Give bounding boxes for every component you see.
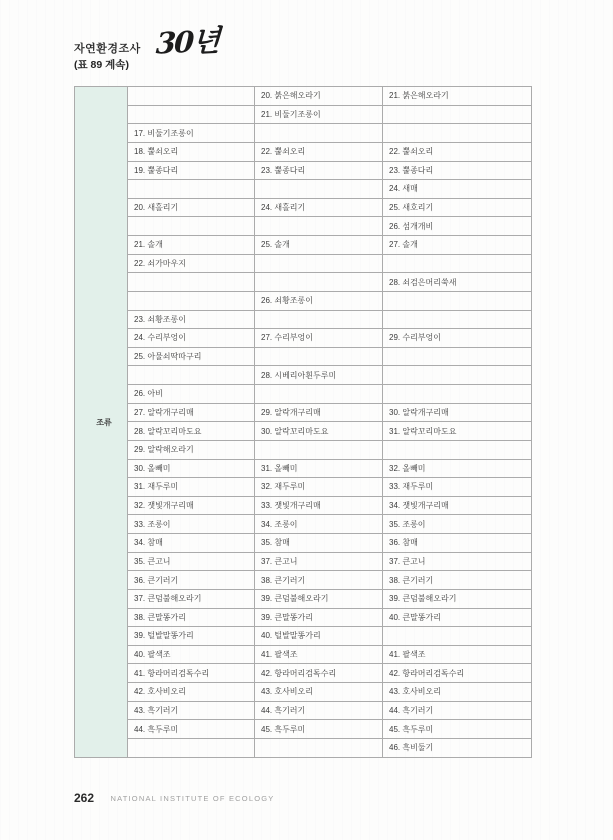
species-cell: 28. 알락꼬리마도요 (128, 422, 255, 441)
table-row: 34. 참매35. 참매36. 참매 (75, 534, 532, 553)
species-cell (383, 627, 532, 646)
species-cell: 28. 시베리아흰두루미 (255, 366, 383, 385)
species-cell: 24. 새매 (383, 180, 532, 199)
species-cell: 36. 큰기러기 (128, 571, 255, 590)
species-cell: 32. 잿빛개구리매 (128, 496, 255, 515)
page-footer: 262 NATIONAL INSTITUTE OF ECOLOGY (74, 789, 274, 807)
table-row: 18. 뿔쇠오리22. 뿔쇠오리22. 뿔쇠오리 (75, 142, 532, 161)
table-row: 32. 잿빛개구리매33. 잿빛개구리매34. 잿빛개구리매 (75, 496, 532, 515)
table-row: 조류20. 붉은해오라기21. 붉은해오라기 (75, 87, 532, 106)
table-row: 26. 쇠황조롱이 (75, 291, 532, 310)
species-cell: 27. 수리부엉이 (255, 329, 383, 348)
table-row: 36. 큰기러기38. 큰기러기38. 큰기러기 (75, 571, 532, 590)
species-cell: 43. 호사비오리 (255, 683, 383, 702)
table-row: 20. 새홀리기24. 새홀리기25. 새호리기 (75, 198, 532, 217)
species-cell: 22. 뿔쇠오리 (255, 142, 383, 161)
group-label-birds: 조류 (75, 87, 128, 758)
table-row: 40. 팔색조41. 팔색조41. 팔색조 (75, 645, 532, 664)
species-cell: 44. 흑두루미 (128, 720, 255, 739)
species-cell: 39. 큰말똥가리 (255, 608, 383, 627)
table-row: 41. 항라머리검독수리42. 항라머리검독수리42. 항라머리검독수리 (75, 664, 532, 683)
species-cell: 37. 큰고니 (255, 552, 383, 571)
brand-logo-30years: 30년 (155, 18, 219, 62)
species-cell: 19. 뿔종다리 (128, 161, 255, 180)
species-cell: 31. 올빼미 (255, 459, 383, 478)
institute-name: NATIONAL INSTITUTE OF ECOLOGY (110, 794, 274, 803)
species-cell (383, 440, 532, 459)
table-row: 28. 쇠검은머리쑥새 (75, 273, 532, 292)
species-cell: 26. 쇠황조롱이 (255, 291, 383, 310)
species-cell: 36. 참매 (383, 534, 532, 553)
table-row: 42. 호사비오리43. 호사비오리43. 호사비오리 (75, 683, 532, 702)
table-row: 46. 흑비둘기 (75, 738, 532, 757)
species-cell: 33. 재두루미 (383, 478, 532, 497)
species-cell: 35. 조롱이 (383, 515, 532, 534)
species-cell (383, 105, 532, 124)
species-cell (383, 366, 532, 385)
species-cell: 23. 뿔종다리 (383, 161, 532, 180)
species-cell: 37. 큰덤불해오라기 (128, 589, 255, 608)
species-cell: 30. 알락개구리매 (383, 403, 532, 422)
species-cell: 27. 알락개구리매 (128, 403, 255, 422)
species-cell: 34. 조롱이 (255, 515, 383, 534)
species-cell: 42. 항라머리검독수리 (255, 664, 383, 683)
species-cell: 37. 큰고니 (383, 552, 532, 571)
species-cell (128, 87, 255, 106)
document-page: 자연환경조사 30년 (표 89 계속) 조류20. 붉은해오라기21. 붉은해… (0, 0, 613, 840)
brand-text: 자연환경조사 (74, 40, 141, 56)
table-row: 35. 큰고니37. 큰고니37. 큰고니 (75, 552, 532, 571)
species-cell: 41. 팔색조 (255, 645, 383, 664)
species-cell: 27. 솔개 (383, 236, 532, 255)
species-cell (255, 180, 383, 199)
species-cell: 29. 알락개구리매 (255, 403, 383, 422)
species-cell: 23. 뿔종다리 (255, 161, 383, 180)
table-row: 22. 쇠가마우지 (75, 254, 532, 273)
species-cell (255, 124, 383, 143)
table-row: 44. 흑두루미45. 흑두루미45. 흑두루미 (75, 720, 532, 739)
table-row: 23. 쇠황조롱이 (75, 310, 532, 329)
species-cell: 32. 올빼미 (383, 459, 532, 478)
species-cell: 46. 흑비둘기 (383, 738, 532, 757)
species-cell (128, 366, 255, 385)
species-cell: 40. 털발말똥가리 (255, 627, 383, 646)
species-cell: 40. 팔색조 (128, 645, 255, 664)
species-cell: 29. 수리부엉이 (383, 329, 532, 348)
table-row: 19. 뿔종다리23. 뿔종다리23. 뿔종다리 (75, 161, 532, 180)
species-cell: 22. 뿔쇠오리 (383, 142, 532, 161)
species-cell: 17. 비둘기조롱이 (128, 124, 255, 143)
species-cell: 41. 팔색조 (383, 645, 532, 664)
species-cell: 26. 섬개개비 (383, 217, 532, 236)
table-row: 21. 솔개25. 솔개27. 솔개 (75, 236, 532, 255)
species-cell: 32. 재두루미 (255, 478, 383, 497)
species-cell: 31. 알락꼬리마도요 (383, 422, 532, 441)
species-cell: 25. 아물쇠딱따구리 (128, 347, 255, 366)
table-row: 43. 흑기러기44. 흑기러기44. 흑기러기 (75, 701, 532, 720)
species-cell: 45. 흑두루미 (255, 720, 383, 739)
table-caption: (표 89 계속) (74, 57, 129, 72)
species-cell: 21. 비둘기조롱이 (255, 105, 383, 124)
table-row: 28. 알락꼬리마도요30. 알락꼬리마도요31. 알락꼬리마도요 (75, 422, 532, 441)
species-cell: 42. 호사비오리 (128, 683, 255, 702)
species-cell (128, 273, 255, 292)
species-cell: 38. 큰기러기 (383, 571, 532, 590)
species-cell: 45. 흑두루미 (383, 720, 532, 739)
species-cell: 22. 쇠가마우지 (128, 254, 255, 273)
table-row: 21. 비둘기조롱이 (75, 105, 532, 124)
species-cell (255, 217, 383, 236)
species-cell (383, 254, 532, 273)
species-cell: 38. 큰말똥가리 (128, 608, 255, 627)
species-cell (128, 291, 255, 310)
species-cell: 35. 큰고니 (128, 552, 255, 571)
species-cell: 34. 참매 (128, 534, 255, 553)
species-cell: 34. 잿빛개구리매 (383, 496, 532, 515)
species-cell (255, 385, 383, 404)
species-cell: 31. 재두루미 (128, 478, 255, 497)
species-cell: 24. 새홀리기 (255, 198, 383, 217)
table-row: 25. 아물쇠딱따구리 (75, 347, 532, 366)
species-cell: 44. 흑기러기 (255, 701, 383, 720)
table-row: 31. 재두루미32. 재두루미33. 재두루미 (75, 478, 532, 497)
species-cell: 29. 알락해오라기 (128, 440, 255, 459)
species-cell: 39. 털발말똥가리 (128, 627, 255, 646)
species-cell: 41. 항라머리검독수리 (128, 664, 255, 683)
species-cell: 39. 큰덤불해오라기 (255, 589, 383, 608)
species-cell: 28. 쇠검은머리쑥새 (383, 273, 532, 292)
species-cell: 20. 붉은해오라기 (255, 87, 383, 106)
species-cell: 21. 솔개 (128, 236, 255, 255)
species-cell (383, 310, 532, 329)
species-cell: 20. 새홀리기 (128, 198, 255, 217)
species-cell: 24. 수리부엉이 (128, 329, 255, 348)
species-cell (383, 347, 532, 366)
table-row: 17. 비둘기조롱이 (75, 124, 532, 143)
table-row: 24. 새매 (75, 180, 532, 199)
table-row: 27. 알락개구리매29. 알락개구리매30. 알락개구리매 (75, 403, 532, 422)
species-cell (255, 310, 383, 329)
table-row: 24. 수리부엉이27. 수리부엉이29. 수리부엉이 (75, 329, 532, 348)
table-row: 33. 조롱이34. 조롱이35. 조롱이 (75, 515, 532, 534)
species-cell: 33. 잿빛개구리매 (255, 496, 383, 515)
species-cell (255, 347, 383, 366)
species-cell (128, 738, 255, 757)
table-row: 37. 큰덤불해오라기39. 큰덤불해오라기39. 큰덤불해오라기 (75, 589, 532, 608)
table-row: 38. 큰말똥가리39. 큰말똥가리40. 큰말똥가리 (75, 608, 532, 627)
species-cell: 23. 쇠황조롱이 (128, 310, 255, 329)
species-cell (383, 385, 532, 404)
species-cell: 33. 조롱이 (128, 515, 255, 534)
species-cell: 43. 흑기러기 (128, 701, 255, 720)
species-cell: 26. 아비 (128, 385, 255, 404)
table-row: 28. 시베리아흰두루미 (75, 366, 532, 385)
table-row: 39. 털발말똥가리40. 털발말똥가리 (75, 627, 532, 646)
page-number: 262 (74, 791, 94, 805)
species-cell: 21. 붉은해오라기 (383, 87, 532, 106)
species-cell (255, 738, 383, 757)
table-row: 29. 알락해오라기 (75, 440, 532, 459)
species-cell (383, 124, 532, 143)
species-table-body: 조류20. 붉은해오라기21. 붉은해오라기21. 비둘기조롱이17. 비둘기조… (75, 87, 532, 758)
table-row: 30. 올빼미31. 올빼미32. 올빼미 (75, 459, 532, 478)
species-cell: 43. 호사비오리 (383, 683, 532, 702)
species-cell: 38. 큰기러기 (255, 571, 383, 590)
species-cell (128, 180, 255, 199)
species-cell: 18. 뿔쇠오리 (128, 142, 255, 161)
species-cell: 25. 새호리기 (383, 198, 532, 217)
species-cell: 42. 항라머리검독수리 (383, 664, 532, 683)
species-cell (383, 291, 532, 310)
species-cell: 30. 알락꼬리마도요 (255, 422, 383, 441)
species-cell (255, 273, 383, 292)
table-row: 26. 아비 (75, 385, 532, 404)
species-cell (128, 105, 255, 124)
species-cell: 39. 큰덤불해오라기 (383, 589, 532, 608)
table-row: 26. 섬개개비 (75, 217, 532, 236)
species-table-wrap: 조류20. 붉은해오라기21. 붉은해오라기21. 비둘기조롱이17. 비둘기조… (74, 86, 531, 758)
species-cell: 40. 큰말똥가리 (383, 608, 532, 627)
species-cell: 44. 흑기러기 (383, 701, 532, 720)
species-table: 조류20. 붉은해오라기21. 붉은해오라기21. 비둘기조롱이17. 비둘기조… (74, 86, 532, 758)
species-cell (255, 440, 383, 459)
species-cell: 30. 올빼미 (128, 459, 255, 478)
species-cell (128, 217, 255, 236)
species-cell: 25. 솔개 (255, 236, 383, 255)
species-cell: 35. 참매 (255, 534, 383, 553)
species-cell (255, 254, 383, 273)
